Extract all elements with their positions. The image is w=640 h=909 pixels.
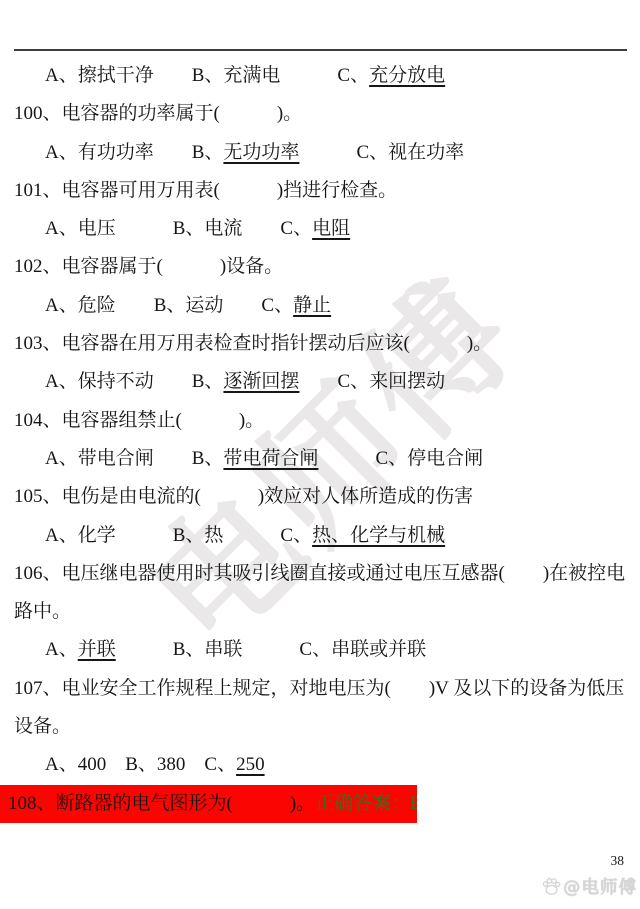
options-line: A、带电合闸 B、带电荷合闸 C、停电合闸 [0, 440, 640, 478]
options-line: A、保持不动 B、逐渐回摆 C、来回摆动 [0, 363, 640, 401]
text-segment: B、运动 [154, 295, 262, 316]
text-segment: A、擦拭干净 [45, 65, 192, 86]
highlight-band: 108、断路器的电气图形为( )。正确答案：B [0, 785, 417, 823]
text-segment: A、有功功率 [45, 142, 192, 163]
text-segment: 设备。 [14, 716, 71, 737]
continuation-line: 路中。 [0, 593, 640, 631]
highlighted-question-line: 108、断路器的电气图形为( )。正确答案：B [0, 785, 640, 823]
text-segment: 106、电压继电器使用时其吸引线圈直接或通过电压互感器( )在被控电 [14, 563, 625, 584]
answer-underlined: 热、化学与机械 [312, 525, 445, 546]
continuation-line: 设备。 [0, 708, 640, 746]
text-segment: C、视在功率 [299, 142, 464, 163]
page-number: 38 [611, 853, 625, 869]
text-segment: B、热 [173, 525, 281, 546]
document-lines: A、擦拭干净 B、充满电 C、充分放电100、电容器的功率属于( )。A、有功功… [0, 57, 640, 823]
question-line: 100、电容器的功率属于( )。 [0, 95, 640, 133]
text-segment: C、 [280, 525, 312, 546]
text-segment: A、 [45, 639, 78, 660]
text-segment: B、 [192, 448, 224, 469]
text-segment: 107、电业安全工作规程上规定，对地电压为( )V 及以下的设备为低压 [14, 678, 624, 699]
question-line: 104、电容器组禁止( )。 [0, 402, 640, 440]
text-segment: A、化学 [45, 525, 173, 546]
options-line: A、擦拭干净 B、充满电 C、充分放电 [0, 57, 640, 95]
text-segment: 104、电容器组禁止( )。 [14, 410, 264, 431]
options-line: A、400 B、380 C、250 [0, 746, 640, 784]
text-segment: B、串联 C、串联或并联 [116, 639, 426, 660]
text-segment: B、充满电 [192, 65, 338, 86]
header-rule [14, 49, 627, 51]
text-segment: A、保持不动 [45, 371, 192, 392]
text-segment: 103、电容器在用万用表检查时指针摆动后应该( )。 [14, 333, 492, 354]
text-segment: A、危险 [45, 295, 154, 316]
text-segment: C、 [280, 218, 312, 239]
text-segment: 105、电伤是由电流的( )效应对人体所造成的伤害 [14, 486, 473, 507]
options-line: A、并联 B、串联 C、串联或并联 [0, 631, 640, 669]
text-segment: B、 [192, 142, 224, 163]
answer-underlined: 无功功率 [223, 142, 299, 163]
question-line: 101、电容器可用万用表( )挡进行检查。 [0, 172, 640, 210]
answer-underlined: 并联 [78, 639, 116, 660]
text-segment: 100、电容器的功率属于( )。 [14, 103, 302, 124]
text-segment: 路中。 [14, 601, 71, 622]
text-segment: 102、电容器属于( )设备。 [14, 256, 283, 277]
text-segment: C、 [261, 295, 293, 316]
options-line: A、化学 B、热 C、热、化学与机械 [0, 517, 640, 555]
options-line: A、危险 B、运动 C、静止 [0, 287, 640, 325]
text-segment: 108、断路器的电气图形为( )。 [8, 793, 315, 814]
text-segment: B、 [192, 371, 224, 392]
text-segment: A、电压 [45, 218, 173, 239]
answer-underlined: 250 [236, 754, 265, 775]
text-segment: C、停电合闸 [318, 448, 483, 469]
text-segment: 101、电容器可用万用表( )挡进行检查。 [14, 180, 397, 201]
corner-watermark-text: @电师傅 [563, 874, 637, 899]
text-segment: C、来回摆动 [299, 371, 445, 392]
text-segment: A、400 B、380 C、 [45, 754, 236, 775]
text-segment: A、带电合闸 [45, 448, 192, 469]
answer-underlined: 逐渐回摆 [223, 371, 299, 392]
options-line: A、电压 B、电流 C、电阻 [0, 210, 640, 248]
answer-underlined: 带电荷合闸 [223, 448, 318, 469]
text-segment: B、电流 [173, 218, 281, 239]
question-line: 107、电业安全工作规程上规定，对地电压为( )V 及以下的设备为低压 [0, 670, 640, 708]
paw-icon [541, 876, 562, 897]
question-line: 106、电压继电器使用时其吸引线圈直接或通过电压互感器( )在被控电 [0, 555, 640, 593]
answer-underlined: 静止 [293, 295, 331, 316]
question-line: 105、电伤是由电流的( )效应对人体所造成的伤害 [0, 478, 640, 516]
answer-underlined: 电阻 [312, 218, 350, 239]
text-segment: C、 [337, 65, 369, 86]
corner-watermark: @电师傅 [541, 874, 637, 899]
options-line: A、有功功率 B、无功功率 C、视在功率 [0, 134, 640, 172]
document-page: 电师傅 A、擦拭干净 B、充满电 C、充分放电100、电容器的功率属于( )。A… [0, 0, 640, 909]
answer-underlined: 充分放电 [369, 65, 445, 86]
question-line: 103、电容器在用万用表检查时指针摆动后应该( )。 [0, 325, 640, 363]
question-line: 102、电容器属于( )设备。 [0, 248, 640, 286]
correct-answer-label: 正确答案：B [315, 793, 417, 814]
